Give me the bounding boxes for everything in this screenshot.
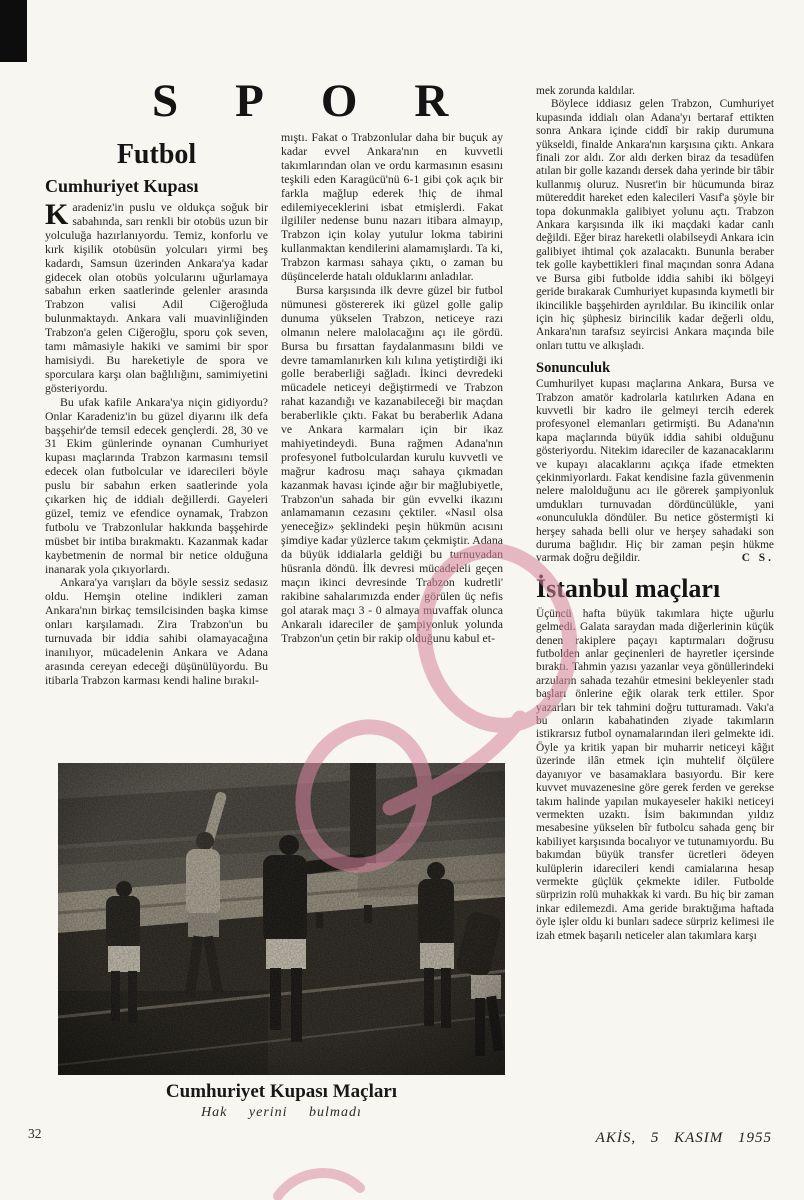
run-in-subheading: Sonunculuk — [536, 360, 774, 376]
footer-credit: AKİS, 5 KASIM 1955 — [596, 1130, 772, 1147]
paragraph: Bursa karşısında ilk devre güzel bir fut… — [281, 284, 503, 646]
photo-caption-subtitle: Hak yerini bulmadı — [58, 1105, 505, 1121]
column-1: Futbol Cumhuriyet Kupası Karadeniz'in pu… — [45, 140, 268, 758]
paragraph: Ankara'ya varışları da böyle sessiz seda… — [45, 576, 268, 687]
author-initials: C S. — [742, 552, 774, 565]
column-2: mıştı. Fakat o Trabzonlular daha bir buç… — [281, 131, 503, 759]
corner-ink-mark — [0, 0, 27, 62]
paragraph: Böylece iddiasız gelen Trabzon, Cumhuriy… — [536, 98, 774, 353]
paragraph: Karadeniz'in puslu ve oldukça soğuk bir … — [45, 201, 268, 396]
column-3: mek zorunda kaldılar. Böylece iddiasız g… — [536, 85, 774, 1129]
paragraph: Üçüncü hafta büyük takımlara hiçte uğurl… — [536, 608, 774, 943]
drop-cap: K — [45, 201, 72, 227]
paragraph: Cumhurilyet kupası maçlarına Ankara, Bur… — [536, 378, 774, 566]
article-heading: Futbol — [45, 140, 268, 170]
article-subheading: Cumhuriyet Kupası — [45, 176, 268, 196]
section-title: SPOR — [152, 78, 505, 125]
page-number: 32 — [28, 1126, 42, 1142]
photo-caption-title: Cumhuriyet Kupası Maçları — [58, 1081, 505, 1103]
paragraph-text: aradeniz'in puslu ve oldukça soğuk bir s… — [45, 200, 268, 395]
stamp-watermark-fragment — [268, 1158, 368, 1200]
match-photo — [58, 763, 505, 1075]
paragraph-text: Cumhurilyet kupası maçlarına Ankara, Bur… — [536, 378, 774, 564]
magazine-page: SPOR Futbol Cumhuriyet Kupası Karadeniz'… — [0, 0, 804, 1200]
paragraph: mek zorunda kaldılar. — [536, 85, 774, 98]
paragraph: Bu ufak kafile Ankara'ya niçin gidiyordu… — [45, 396, 268, 577]
section2-heading: İstanbul maçları — [536, 575, 774, 603]
paragraph: mıştı. Fakat o Trabzonlular daha bir buç… — [281, 131, 503, 284]
